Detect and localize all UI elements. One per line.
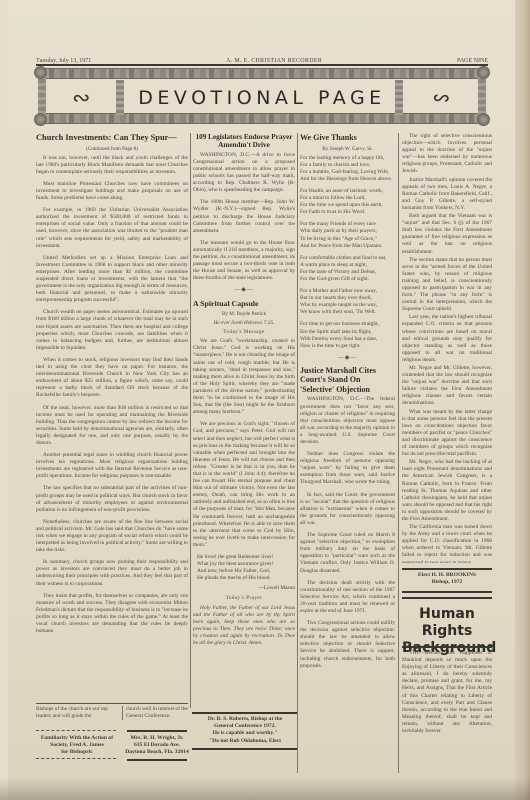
paragraph: Another potential legal snare in wieldin… — [36, 452, 188, 480]
paragraph: The section states that no person must s… — [402, 257, 492, 314]
paragraph: The 109th House member—Rep. John W. Wydl… — [193, 199, 295, 234]
headline: A Spiritual Capsule — [193, 299, 295, 310]
article-body: WASHINGTON, D.C.—The federal government … — [300, 396, 395, 669]
human-rights-text: VIII.—Because the Happiness of Mankind d… — [402, 650, 492, 775]
rule — [402, 568, 492, 570]
poem-line: For the many Friends of every race — [300, 221, 395, 228]
paragraph: Both argued that the Vietnam war is "unj… — [402, 213, 492, 256]
ad-line: Familiarity With the Action of — [36, 735, 118, 742]
rule — [402, 646, 492, 648]
continued-note: (Continued from Page 8) — [36, 146, 188, 153]
article-legislators: 109 Legislators Endorse Prayer Amendm't … — [193, 133, 295, 708]
paragraph: The decision dealt strictly with the con… — [300, 580, 395, 615]
article-marshall-continued: The right of selective conscientious obj… — [402, 133, 492, 563]
paragraph: Two Congressional actions could nullify … — [300, 620, 395, 670]
paragraph: We are God's "workmanship, created in Ch… — [193, 338, 295, 416]
article-body: It was not, however, until the black and… — [36, 155, 188, 636]
ad-roberts: Dr. B. S. Roberts, Bishop at the General… — [193, 716, 297, 745]
banner-frame-top — [40, 68, 484, 79]
separator: —◆— — [300, 355, 395, 362]
poem-line: Now is the time to get right. — [300, 343, 395, 350]
poem-body: For the lasting memory of a happy life,F… — [300, 155, 395, 350]
ad-wright: Mrs. R. H. Wright, Jr. 635 El Dorado Ave… — [125, 735, 189, 757]
paragraph: Last year, the nation's highest tribunal… — [402, 314, 492, 364]
poem-line: But in our hearts they ever dwell, — [300, 295, 395, 302]
stanza: For time to get our business straight,Er… — [300, 321, 395, 349]
article-body: The right of selective conscientious obj… — [402, 133, 492, 563]
poem-line: For the taste of Victory and Defeat, — [300, 269, 395, 276]
byline: By Joseph W. Garvy, Sr. — [300, 146, 395, 153]
banner-frame-bottom — [40, 113, 484, 124]
poem-line: For comfortable clothes and food to eat, — [300, 255, 395, 262]
ad-line: 635 El Dorado Ave. — [125, 742, 189, 749]
paragraph: Most mainline Protestant Churches now ha… — [36, 181, 188, 202]
paragraph: The law specifies that no substantial pa… — [36, 485, 188, 513]
stanza: For the many Friends of every raceWho da… — [300, 221, 395, 249]
paragraph: For example, in 1969 the Unitarian Unive… — [36, 207, 188, 250]
paragraph: Church wealth on paper seems astronomica… — [36, 309, 188, 352]
scripture-reference: He ever liveth Hebrews 7:25. — [193, 320, 295, 327]
paragraph: It was not, however, until the black and… — [36, 155, 188, 176]
paragraph: The California man was turned down by th… — [402, 524, 492, 563]
ad-brookins: Elect H. H. BROOKINS Bishop, 1972 — [402, 572, 492, 586]
paragraph: Mr. Negre and Mr. Gillette, however, con… — [402, 365, 492, 408]
headline: We Give Thanks — [300, 133, 395, 144]
poem-line: With Destiny every Soul has a date, — [300, 336, 395, 343]
charter-text: VIII.—Because the Happiness of Mankind d… — [402, 650, 492, 735]
ad-james: Familiarity With the Action of Society, … — [36, 735, 118, 757]
poem-line: For the lasting memory of a happy life, — [300, 155, 395, 162]
poem-line: Who by example taught us the way, — [300, 302, 395, 309]
rosette-icon — [34, 113, 47, 126]
ad-line: He is capable and worthy." — [193, 730, 297, 737]
rule — [402, 591, 492, 593]
ad-line: "Do not Rob Oklahoma, Elect — [193, 738, 297, 745]
ad-line: General Conference 1972. — [193, 723, 297, 730]
ad-line: Dr. B. S. Roberts, Bishop at the — [193, 716, 297, 723]
poem-line: For time to get our business straight, — [300, 321, 395, 328]
rule — [127, 730, 187, 732]
stanza: For comfortable clothes and food to eat,… — [300, 255, 395, 283]
paragraph: In summary, church groups now probing th… — [36, 559, 188, 587]
column-rule — [297, 133, 298, 773]
bishops-note-right: church well in interest of the General C… — [122, 706, 188, 720]
verse-author: —Lowell Mason — [193, 585, 295, 592]
paragraph: Neither does Congress violate the religi… — [300, 451, 395, 486]
rule — [36, 730, 116, 731]
poem-line: For a family to cherish and love, — [300, 162, 395, 169]
ad-line: Society, Fred A. James — [36, 742, 118, 749]
section-banner: ∾ ∾ DEVOTIONAL PAGE — [36, 66, 488, 126]
paragraph: Nonetheless, churches are aware of the f… — [36, 519, 188, 554]
poem-line: And for Peace from the Man Upstairs. — [300, 243, 395, 250]
page-edge — [515, 0, 530, 800]
prayer-text: Holy Father, the Father of our Lord Jesu… — [193, 605, 295, 648]
page-shadow — [0, 778, 530, 800]
stanza: For a Mother and Father now away,But in … — [300, 288, 395, 316]
paragraph: WASHINGTON, D.C.—The federal government … — [300, 396, 395, 446]
rule — [36, 703, 188, 704]
stanza: For Health, an asset of intrinsic worth,… — [300, 188, 395, 216]
bishops-note-left: Bishops of the church are our top leader… — [36, 706, 116, 720]
article-church-investments: Church Investments: Can They Spur— (Cont… — [36, 133, 188, 701]
paragraph: Justice Marshall's opinion covered the a… — [402, 177, 492, 212]
stanza: For the lasting memory of a happy life,F… — [300, 155, 395, 183]
rule — [192, 712, 297, 714]
ad-line: for Bishopric — [36, 749, 118, 756]
poem-line: For a humble, God-fearing, Loving Wife, — [300, 169, 395, 176]
subhead-todays-prayer: Today's Prayer — [193, 595, 295, 602]
headline: 109 Legislators Endorse Prayer Amendm't … — [193, 133, 295, 150]
section-title: DEVOTIONAL PAGE — [36, 87, 488, 109]
headline: Church Investments: Can They Spur— — [36, 133, 188, 144]
paragraph: What was meant by the latter charge is t… — [402, 409, 492, 459]
verse-line: He lives! the great Redeemer lives! — [193, 554, 295, 561]
poem-we-give-thanks: We Give Thanks By Joseph W. Garvy, Sr. F… — [300, 133, 395, 773]
poem-line: Ere the Spirit shall take its flight, — [300, 329, 395, 336]
rule — [402, 597, 492, 599]
paragraph: We are precious in God's sight; "chosen … — [193, 421, 295, 549]
poem-line: A warm place to sleep at night, — [300, 262, 395, 269]
byline: By M. Boyde Patrick — [193, 311, 295, 318]
poem-line: For the time we spend upon this earth, — [300, 202, 395, 209]
rule — [192, 748, 297, 750]
paragraph: They insist that profits, for themselves… — [36, 593, 188, 636]
rule — [127, 759, 187, 761]
poem-line: For Faith to trust in His Word. — [300, 209, 395, 216]
paragraph: Of the total, however, more than $18 mil… — [36, 405, 188, 448]
paragraph: The Supreme Court ruled on March 8 again… — [300, 532, 395, 575]
ad-line: Bishop, 1972 — [402, 579, 492, 586]
ad-line: Elect H. H. BROOKINS — [402, 572, 492, 579]
verse: He lives! the great Redeemer lives!What … — [193, 554, 295, 582]
paragraph: The right of selective conscientious obj… — [402, 133, 492, 176]
poem-line: We know with their soul, 'Tis Well. — [300, 309, 395, 316]
rosette-icon — [477, 113, 490, 126]
paragraph: In fact, said the Court, the government … — [300, 492, 395, 527]
paragraph: United Methodists set up a Mission Enter… — [36, 255, 188, 305]
rosette-icon — [34, 66, 47, 79]
ad-line: Daytona Beach, Fla. 32014 — [125, 749, 189, 756]
rule — [36, 758, 116, 759]
rosette-icon — [477, 66, 490, 79]
article-body: WASHINGTON, D.C.—A drive to force Congre… — [193, 152, 295, 283]
poem-line: To be living in this "Age of Grace," — [300, 236, 395, 243]
article-body: We are God's "workmanship, created in Ch… — [193, 338, 295, 549]
poem-line: And for the Blessings from Heaven above. — [300, 176, 395, 183]
poem-line: For the God-given Gift of sight. — [300, 276, 395, 283]
poem-line: Who daily push us by their prayers, — [300, 228, 395, 235]
column-rule — [190, 133, 191, 708]
verse-line: He pleads the merits of His blood. — [193, 575, 295, 582]
paragraph: When it comes to stock, religious invest… — [36, 357, 188, 400]
poem-line: For Health, an asset of intrinsic worth, — [300, 188, 395, 195]
poem-line: For a Mother and Father now away, — [300, 288, 395, 295]
headline: Justice Marshall Cites Court's Stand On … — [300, 366, 395, 395]
paragraph: Mr. Negre, who had the backing of at lea… — [402, 459, 492, 523]
paragraph: The measure would go to the House floor … — [193, 240, 295, 283]
paragraph: WASHINGTON, D.C.—A drive to force Congre… — [193, 152, 295, 195]
note-text: church well in interest of the General C… — [126, 706, 188, 719]
subhead-todays-message: Today's Message — [193, 329, 295, 336]
column-rule — [398, 133, 399, 773]
ad-line: Mrs. R. H. Wright, Jr. — [125, 735, 189, 742]
title-line: Human Rights — [402, 606, 492, 640]
note-text: Bishops of the church are our top leader… — [36, 706, 108, 719]
poem-line: For a mind to follow the Lord, — [300, 195, 395, 202]
separator: —◆— — [193, 287, 295, 294]
